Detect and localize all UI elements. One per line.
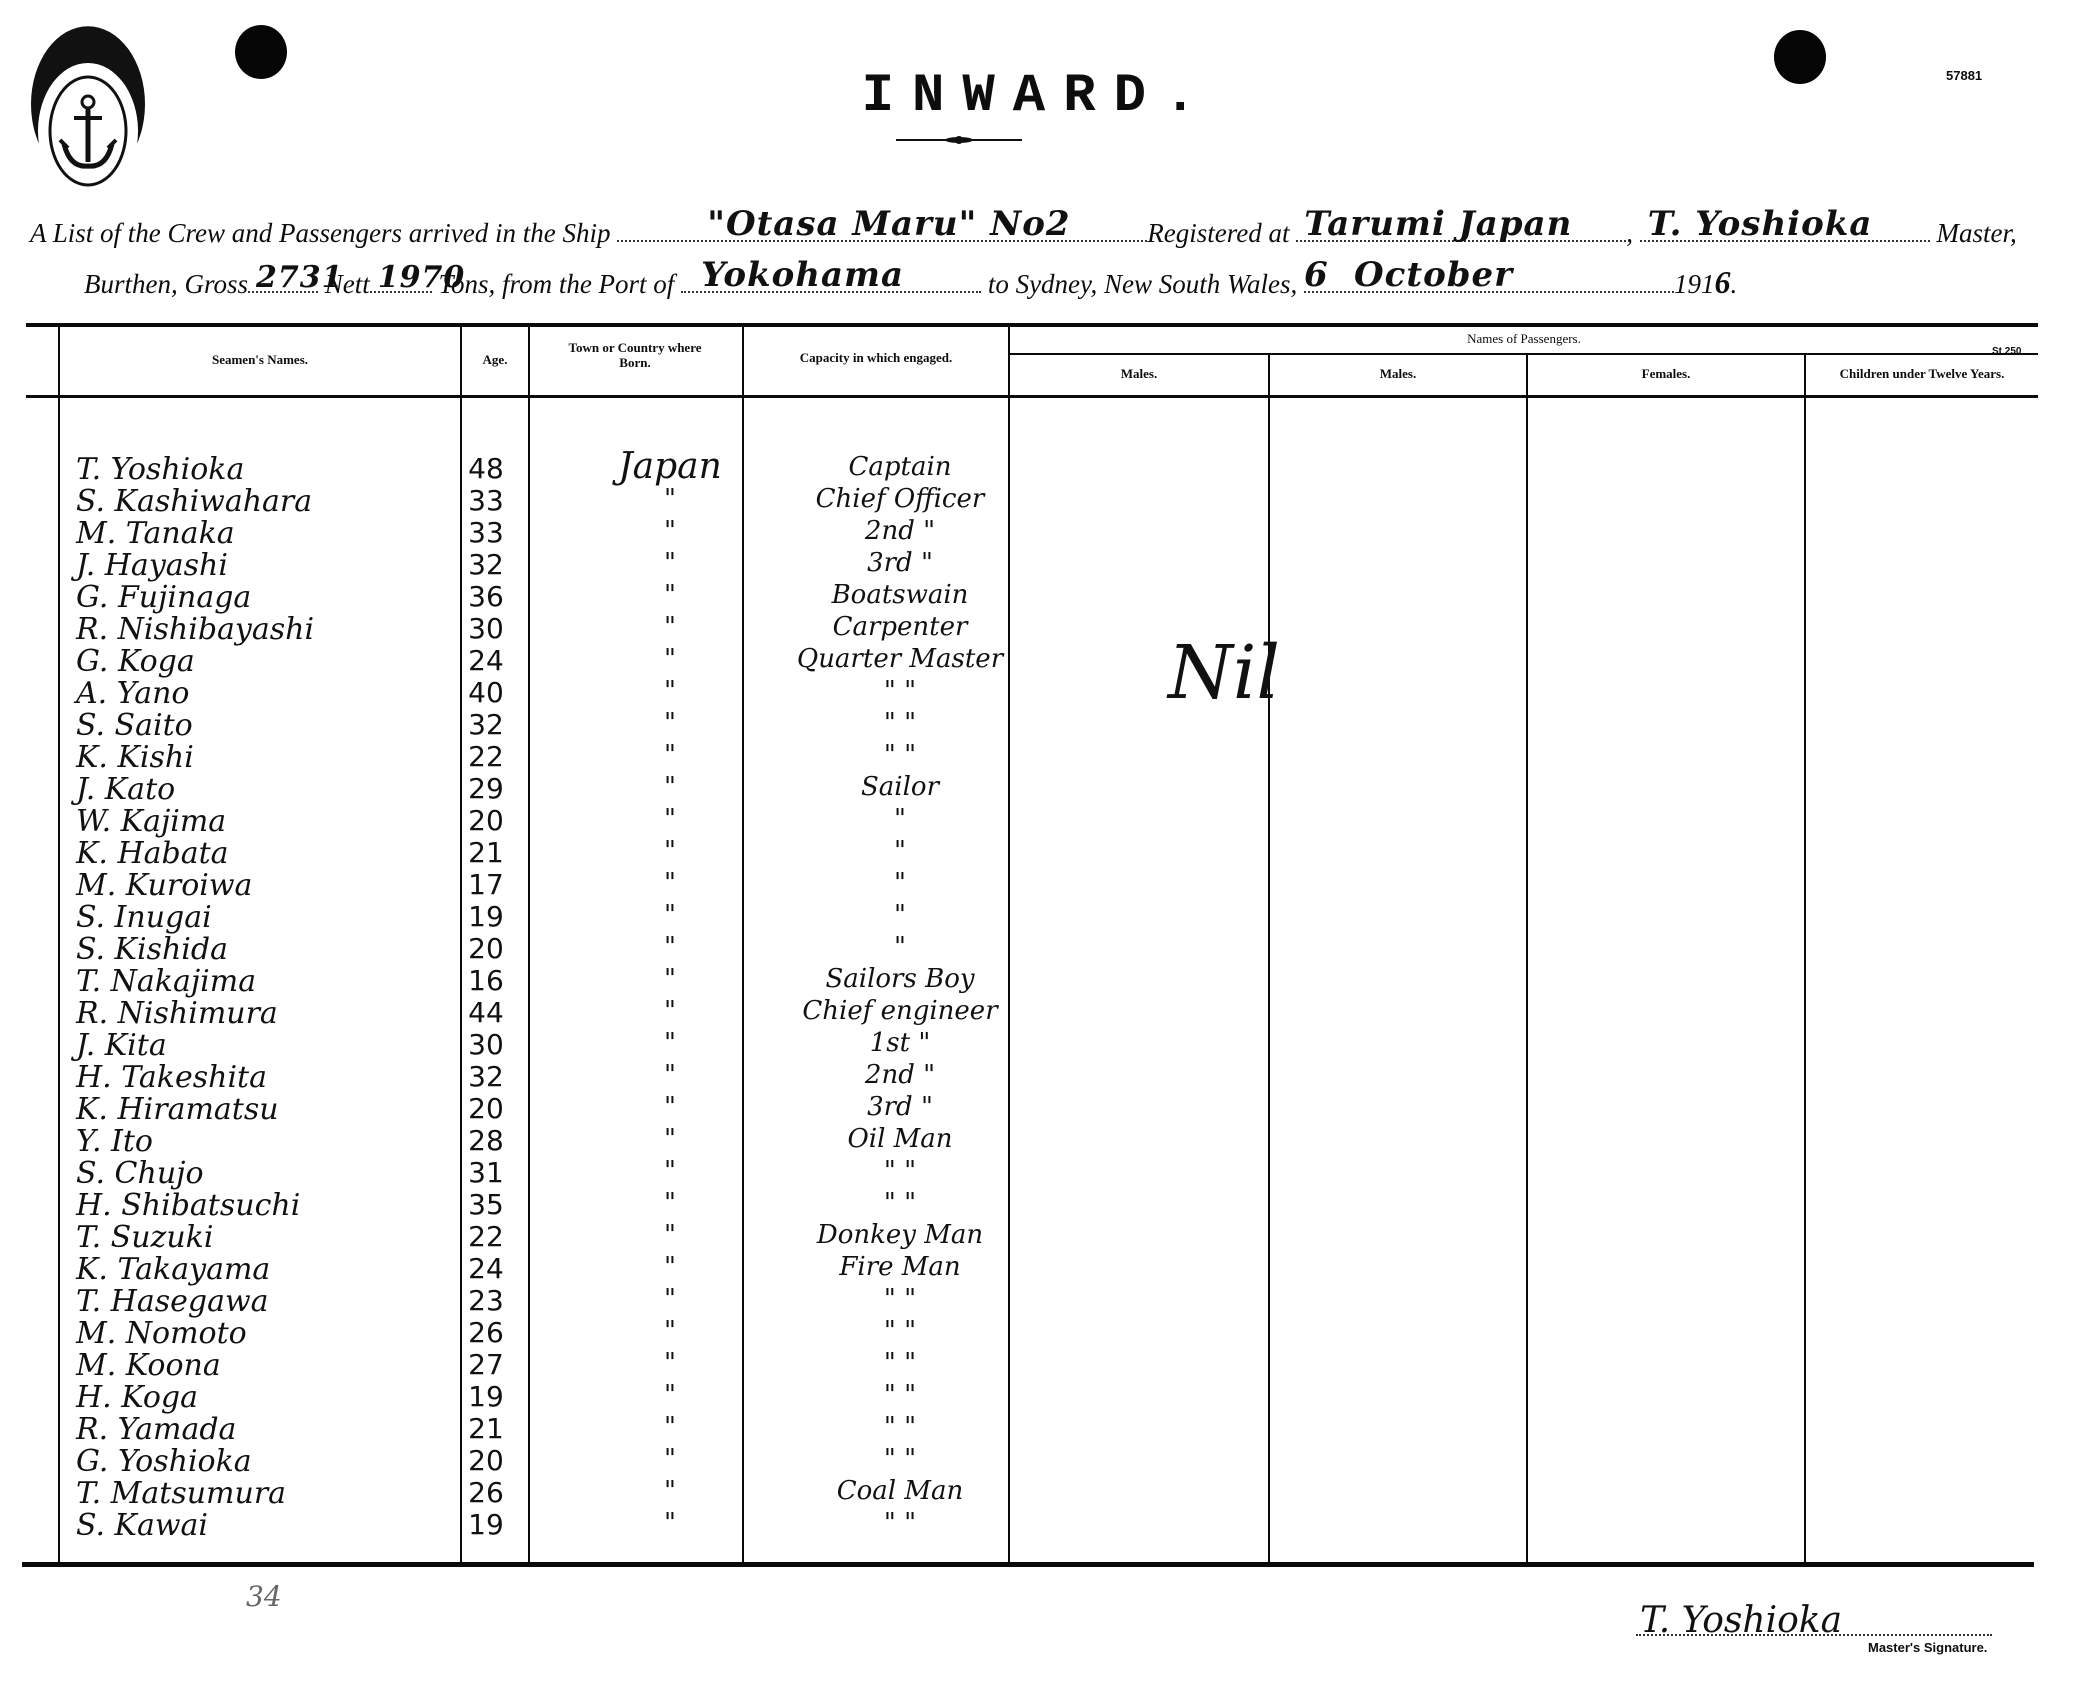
seaman-age: 28 (452, 1124, 520, 1157)
seaman-capacity: Coal Man (750, 1476, 1050, 1506)
ship-info-line-2: Burthen, Gross2731 Nett1970 Tons, from t… (84, 264, 1737, 301)
seaman-name: W. Kajima (76, 804, 456, 839)
master-name: T. Yoshioka (1648, 204, 1873, 244)
seaman-name: M. Koona (76, 1348, 456, 1383)
registered-label: Registered at (1147, 218, 1289, 248)
seaman-age: 23 (452, 1284, 520, 1317)
seaman-age: 19 (452, 1380, 520, 1413)
header-children: Children under Twelve Years. (1806, 366, 2038, 381)
seaman-name: H. Takeshita (76, 1060, 456, 1095)
seaman-capacity: " " (750, 1348, 1050, 1378)
col-divider-males-2 (1268, 355, 1270, 1564)
seaman-name: S. Kishida (76, 932, 456, 967)
seaman-capacity: Donkey Man (750, 1220, 1050, 1250)
registered-port-field: Tarumi Japan (1296, 218, 1626, 242)
title-ornament (896, 132, 1022, 142)
seaman-capacity: 3rd " (750, 548, 1050, 578)
year-prefix: 191 (1674, 269, 1715, 299)
col-divider-left (58, 327, 60, 1564)
seaman-age: 48 (452, 452, 520, 485)
year-suffix: 6 (1715, 264, 1731, 300)
seaman-capacity: Carpenter (750, 612, 1050, 642)
seaman-name: J. Kato (76, 772, 456, 807)
header-where-born: Town or Country where Born. (560, 340, 710, 370)
seaman-age: 24 (452, 1252, 520, 1285)
seaman-name: G. Koga (76, 644, 456, 679)
list-prefix: A List of the Crew and Passengers arrive… (30, 218, 611, 248)
seaman-age: 27 (452, 1348, 520, 1381)
table-top-rule (26, 323, 2038, 327)
master-name-field: T. Yoshioka (1640, 218, 1930, 242)
seaman-capacity: 2nd " (750, 516, 1050, 546)
seaman-age: 22 (452, 1220, 520, 1253)
gross-tons: 2731 (256, 260, 344, 295)
seaman-capacity: Boatswain (750, 580, 1050, 610)
seaman-age: 36 (452, 580, 520, 613)
seaman-name: K. Takayama (76, 1252, 456, 1287)
seaman-name: R. Nishibayashi (76, 612, 456, 647)
seaman-capacity: " " (750, 1380, 1050, 1410)
seaman-capacity: Sailors Boy (750, 964, 1050, 994)
from-port: Yokohama (701, 255, 904, 295)
to-sydney-label: to Sydney, New South Wales, (988, 269, 1297, 299)
seaman-capacity: " " (750, 1316, 1050, 1346)
seaman-age: 20 (452, 1444, 520, 1477)
arrival-month: October (1354, 255, 1513, 295)
col-divider-born (528, 327, 530, 1564)
seaman-name: T. Matsumura (76, 1476, 456, 1511)
seaman-name: K. Habata (76, 836, 456, 871)
crew-tally-annotation: 34 (246, 1580, 282, 1613)
seaman-capacity: Chief Officer (750, 484, 1050, 514)
seaman-age: 29 (452, 772, 520, 805)
form-number: St 250 (1992, 346, 2021, 357)
seaman-name: T. Yoshioka (76, 452, 456, 487)
header-males-2: Males. (1270, 366, 1526, 381)
header-bottom-rule (26, 395, 2038, 398)
seaman-name: M. Tanaka (76, 516, 456, 551)
seaman-name: G. Yoshioka (76, 1444, 456, 1479)
seaman-name: K. Kishi (76, 740, 456, 775)
document-title: INWARD. (0, 66, 2076, 127)
seaman-name: M. Nomoto (76, 1316, 456, 1351)
seaman-name: H. Koga (76, 1380, 456, 1415)
seaman-capacity: " " (750, 708, 1050, 738)
signature-label: Master's Signature. (1868, 1640, 1987, 1655)
arrival-date-field: 6October (1304, 269, 1674, 293)
seaman-capacity: " " (750, 1412, 1050, 1442)
seaman-age: 33 (452, 516, 520, 549)
seaman-capacity: " (750, 900, 1050, 930)
seaman-capacity: Quarter Master (750, 644, 1050, 674)
seaman-name: T. Hasegawa (76, 1284, 456, 1319)
seaman-name: S. Kawai (76, 1508, 456, 1543)
master-label: Master, (1936, 218, 2016, 248)
seaman-capacity: " (750, 836, 1050, 866)
seaman-capacity: " (750, 868, 1050, 898)
seaman-name: T. Suzuki (76, 1220, 456, 1255)
seaman-name: S. Saito (76, 708, 456, 743)
registered-port: Tarumi Japan (1304, 204, 1572, 244)
seaman-age: 44 (452, 996, 520, 1029)
seaman-name: K. Hiramatsu (76, 1092, 456, 1127)
seaman-age: 32 (452, 1060, 520, 1093)
seaman-age: 24 (452, 644, 520, 677)
document-number: 57881 (1946, 68, 1982, 83)
seaman-age: 30 (452, 1028, 520, 1061)
seaman-capacity: " " (750, 1444, 1050, 1474)
seaman-capacity: 3rd " (750, 1092, 1050, 1122)
from-port-field: Yokohama (681, 269, 981, 293)
seaman-age: 20 (452, 1092, 520, 1125)
seaman-name: S. Chujo (76, 1156, 456, 1191)
seaman-age: 26 (452, 1476, 520, 1509)
seaman-name: H. Shibatsuchi (76, 1188, 456, 1223)
seaman-age: 21 (452, 836, 520, 869)
seaman-name: J. Kita (76, 1028, 456, 1063)
seaman-capacity: " " (750, 1284, 1050, 1314)
seaman-age: 19 (452, 900, 520, 933)
seaman-capacity: " " (750, 1156, 1050, 1186)
seaman-capacity: Sailor (750, 772, 1050, 802)
col-divider-females (1526, 355, 1528, 1564)
seaman-age: 20 (452, 932, 520, 965)
seaman-capacity: 1st " (750, 1028, 1050, 1058)
passengers-nil-annotation: Nil (1168, 630, 1280, 716)
seaman-name: M. Kuroiwa (76, 868, 456, 903)
passenger-subheader-rule (1010, 353, 2038, 355)
arrival-day: 6 (1304, 255, 1329, 295)
seaman-capacity: " " (750, 1508, 1050, 1538)
seaman-age: 32 (452, 708, 520, 741)
seaman-name: A. Yano (76, 676, 456, 711)
seaman-name: R. Yamada (76, 1412, 456, 1447)
seaman-age: 40 (452, 676, 520, 709)
seaman-capacity: Oil Man (750, 1124, 1050, 1154)
seaman-capacity: 2nd " (750, 1060, 1050, 1090)
tons-from-label: Tons, from the Port of (439, 269, 675, 299)
header-seamens-names: Seamen's Names. (60, 352, 460, 367)
master-signature: T. Yoshioka (1640, 1600, 1842, 1641)
seaman-name: J. Hayashi (76, 548, 456, 583)
seaman-age: 17 (452, 868, 520, 901)
seaman-age: 19 (452, 1508, 520, 1541)
seaman-capacity: " (750, 932, 1050, 962)
seaman-capacity: " " (750, 1188, 1050, 1218)
seaman-age: 35 (452, 1188, 520, 1221)
seaman-name: S. Kashiwahara (76, 484, 456, 519)
table-bottom-rule (22, 1562, 2034, 1567)
seaman-age: 31 (452, 1156, 520, 1189)
seaman-age: 30 (452, 612, 520, 645)
seaman-name: G. Fujinaga (76, 580, 456, 615)
seaman-capacity: Captain (750, 452, 1050, 482)
seaman-capacity: " " (750, 676, 1050, 706)
seaman-name: T. Nakajima (76, 964, 456, 999)
nett-tons-field: 1970 (370, 269, 432, 293)
seaman-capacity: Fire Man (750, 1252, 1050, 1282)
ship-info-line-1: A List of the Crew and Passengers arrive… (30, 218, 2017, 249)
seaman-age: 22 (452, 740, 520, 773)
seaman-age: 26 (452, 1316, 520, 1349)
seaman-age: 16 (452, 964, 520, 997)
seaman-name: S. Inugai (76, 900, 456, 935)
nett-tons: 1970 (378, 260, 466, 295)
seaman-age: 21 (452, 1412, 520, 1445)
header-names-of-passengers: Names of Passengers. (1010, 331, 2038, 346)
header-females: Females. (1528, 366, 1804, 381)
seaman-name: R. Nishimura (76, 996, 456, 1031)
seaman-age: 33 (452, 484, 520, 517)
seaman-capacity: " " (750, 740, 1050, 770)
gross-tons-field: 2731 (248, 269, 318, 293)
ship-name: "Otasa Maru" No2 (707, 204, 1070, 244)
col-divider-children (1804, 355, 1806, 1564)
header-males-1: Males. (1010, 366, 1268, 381)
year-end: . (1731, 269, 1738, 299)
ship-name-field: "Otasa Maru" No2 (617, 218, 1147, 242)
header-capacity: Capacity in which engaged. (744, 350, 1008, 365)
seaman-capacity: Chief engineer (750, 996, 1050, 1026)
seaman-capacity: " (750, 804, 1050, 834)
burthen-label: Burthen, Gross (84, 269, 248, 299)
seaman-age: 32 (452, 548, 520, 581)
header-age: Age. (462, 352, 528, 367)
seaman-age: 20 (452, 804, 520, 837)
seaman-name: Y. Ito (76, 1124, 456, 1159)
